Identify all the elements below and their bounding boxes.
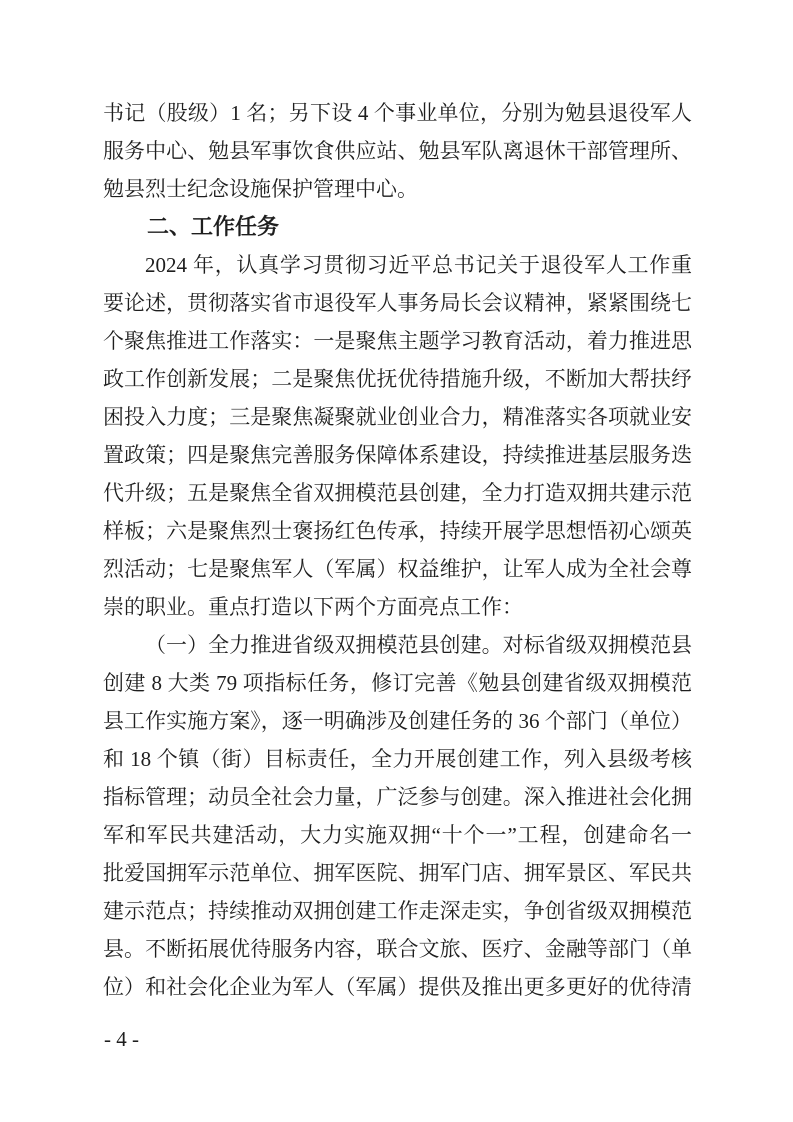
text-line: 政工作创新发展；二是聚焦优抚优待措施升级，不断加大帮扶纾 bbox=[103, 360, 692, 398]
text-line: 县。不断拓展优待服务内容，联合文旅、医疗、金融等部门（单 bbox=[103, 930, 692, 968]
paragraph-tasks: 2024 年，认真学习贯彻习近平总书记关于退役军人工作重 要论述，贯彻落实省市退… bbox=[103, 246, 692, 626]
text-line: 要论述，贯彻落实省市退役军人事务局长会议精神，紧紧围绕七 bbox=[103, 284, 692, 322]
text-line: 军和军民共建活动，大力实施双拥“十个一”工程，创建命名一 bbox=[103, 816, 692, 854]
paragraph-intro: 书记（股级）1 名；另下设 4 个事业单位，分别为勉县退役军人 服务中心、勉县军… bbox=[103, 94, 692, 208]
text-line: 服务中心、勉县军事饮食供应站、勉县军队离退休干部管理所、 bbox=[103, 132, 692, 170]
text-line: 位）和社会化企业为军人（军属）提供及推出更多更好的优待清 bbox=[103, 968, 692, 1006]
text-line: 县工作实施方案》，逐一明确涉及创建任务的 36 个部门（单位） bbox=[103, 702, 692, 740]
document-body: 书记（股级）1 名；另下设 4 个事业单位，分别为勉县退役军人 服务中心、勉县军… bbox=[0, 0, 793, 1006]
text-line: 样板；六是聚焦烈士褒扬红色传承，持续开展学思想悟初心颂英 bbox=[103, 512, 692, 550]
text-line: （一）全力推进省级双拥模范县创建。对标省级双拥模范县 bbox=[103, 626, 692, 664]
text-line: 2024 年，认真学习贯彻习近平总书记关于退役军人工作重 bbox=[103, 246, 692, 284]
text-line: 勉县烈士纪念设施保护管理中心。 bbox=[103, 170, 692, 208]
text-line: 书记（股级）1 名；另下设 4 个事业单位，分别为勉县退役军人 bbox=[103, 94, 692, 132]
text-line: 置政策；四是聚焦完善服务保障体系建设，持续推进基层服务迭 bbox=[103, 436, 692, 474]
text-line: 创建 8 大类 79 项指标任务，修订完善《勉县创建省级双拥模范 bbox=[103, 664, 692, 702]
text-line: 和 18 个镇（街）目标责任，全力开展创建工作，列入县级考核 bbox=[103, 740, 692, 778]
text-line: 批爱国拥军示范单位、拥军医院、拥军门店、拥军景区、军民共 bbox=[103, 854, 692, 892]
document-page: 书记（股级）1 名；另下设 4 个事业单位，分别为勉县退役军人 服务中心、勉县军… bbox=[0, 0, 793, 1122]
text-line: 个聚焦推进工作落实：一是聚焦主题学习教育活动，着力推进思 bbox=[103, 322, 692, 360]
text-line: 代升级；五是聚焦全省双拥模范县创建，全力打造双拥共建示范 bbox=[103, 474, 692, 512]
page-number: - 4 - bbox=[104, 1026, 139, 1052]
section-heading: 二、工作任务 bbox=[103, 208, 692, 246]
text-line: 烈活动；七是聚焦军人（军属）权益维护，让军人成为全社会尊 bbox=[103, 550, 692, 588]
text-line: 指标管理；动员全社会力量，广泛参与创建。深入推进社会化拥 bbox=[103, 778, 692, 816]
text-line: 建示范点；持续推动双拥创建工作走深走实，争创省级双拥模范 bbox=[103, 892, 692, 930]
paragraph-item1: （一）全力推进省级双拥模范县创建。对标省级双拥模范县 创建 8 大类 79 项指… bbox=[103, 626, 692, 1006]
text-line: 崇的职业。重点打造以下两个方面亮点工作： bbox=[103, 588, 692, 626]
text-line: 困投入力度；三是聚焦凝聚就业创业合力，精准落实各项就业安 bbox=[103, 398, 692, 436]
